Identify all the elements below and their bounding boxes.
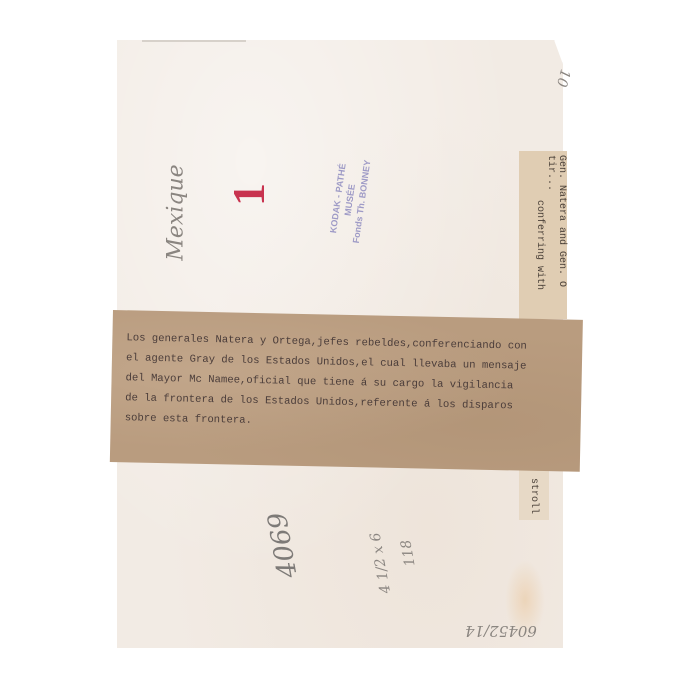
red-number-stamp: 1 [222,183,275,206]
paper-edge-line [142,40,246,42]
side-caption-line: Gen. Natera and Gen. O [556,155,567,287]
typed-caption-label: Los generales Natera y Ortega,jefes rebe… [110,310,583,472]
handwritten-reference: 60452/14 [465,622,537,640]
side-caption-line: conferring with [534,200,545,290]
handwritten-top-right-number: 10 [553,67,573,88]
side-caption-fragment: stroll [528,478,539,514]
caption-text: Los generales Natera y Ortega,jefes rebe… [125,328,577,437]
handwritten-country: Mexique [164,164,189,260]
side-caption-line: tir... [545,155,556,191]
